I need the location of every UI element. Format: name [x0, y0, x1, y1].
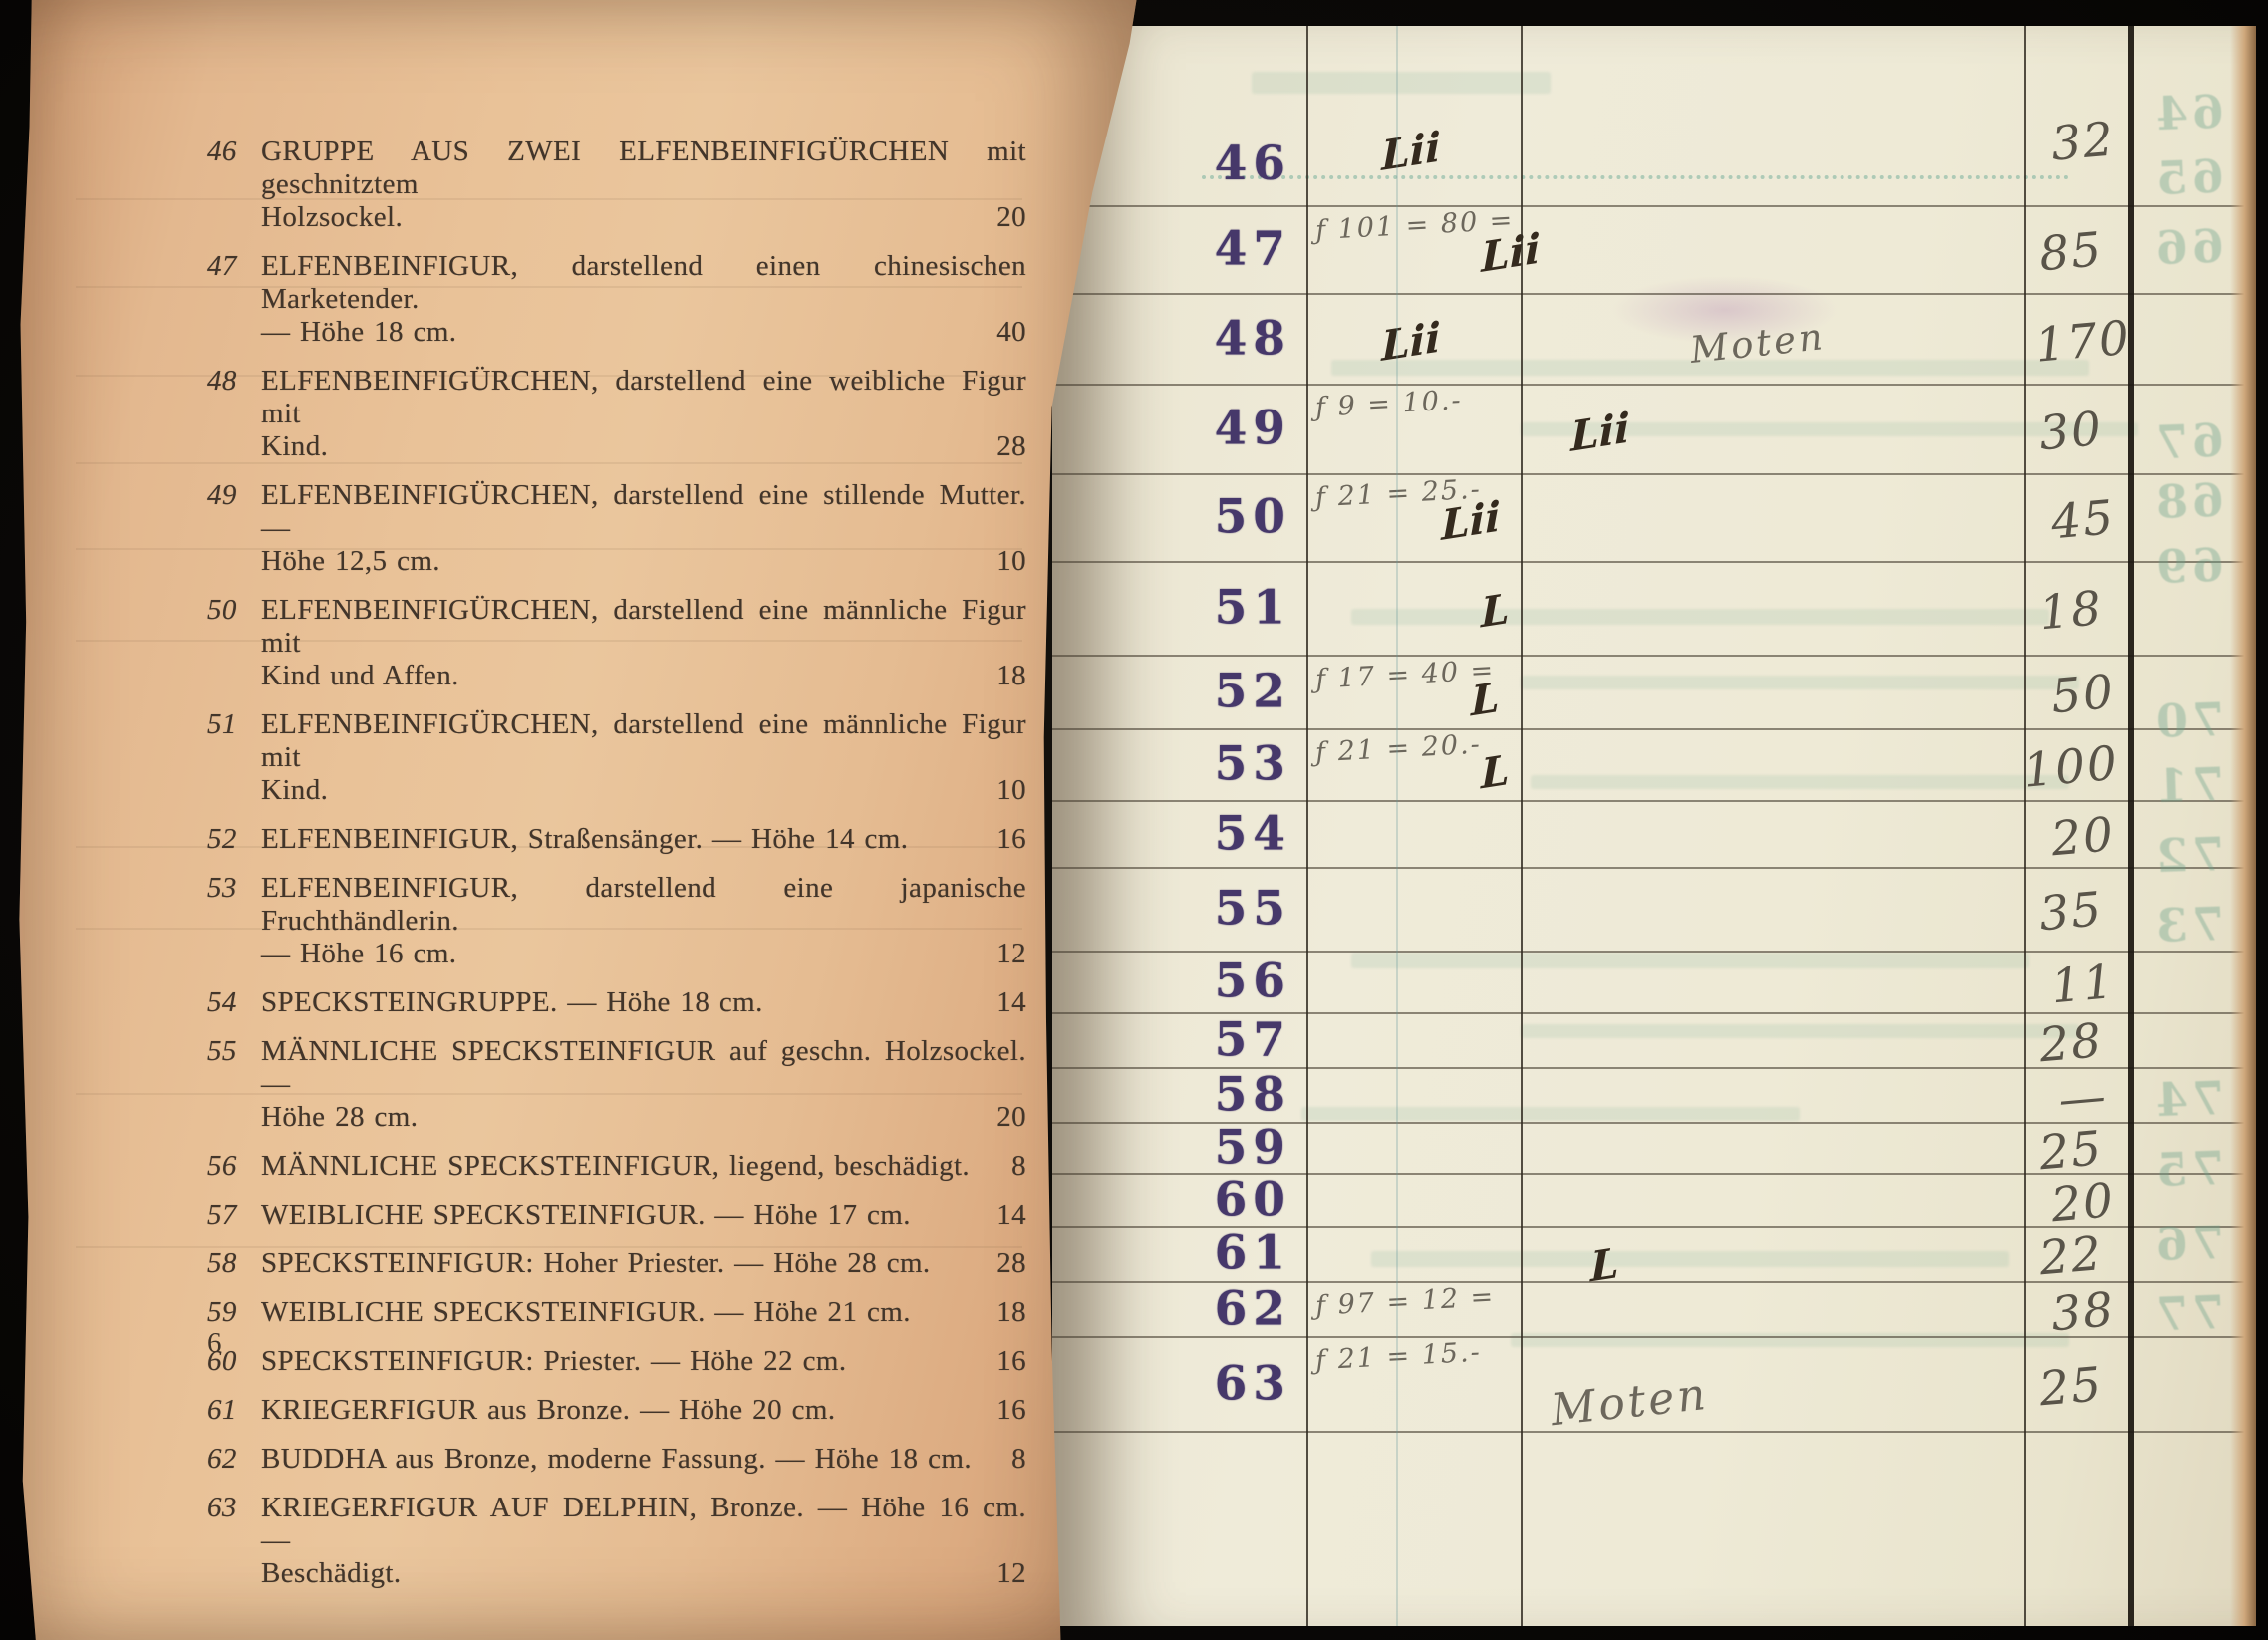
- lot-number: 50: [207, 594, 261, 660]
- handwritten-total: 20: [2028, 1171, 2137, 1234]
- stamped-lot-number: 58: [1052, 1067, 1307, 1122]
- item-description-cont: — Höhe 16 cm.: [261, 938, 456, 970]
- ghost-lot-number: 69: [2131, 537, 2245, 595]
- handwritten-total: 45: [2028, 488, 2137, 552]
- ink-initial: Lii: [1381, 123, 1440, 180]
- lot-number: 63: [207, 1492, 261, 1557]
- ink-initial: Lii: [1441, 492, 1500, 550]
- stamped-lot-number: 49: [1052, 401, 1307, 455]
- ghost-lot-number: 70: [2131, 691, 2245, 749]
- pencil-code: ƒ 9 = 10.-: [1314, 385, 1463, 423]
- estimate-price: 10: [996, 545, 1026, 578]
- pencil-note: Moten: [1688, 315, 1828, 372]
- ledger-row: 52ƒ 17 = 40 =L50: [1052, 657, 2256, 730]
- handwritten-total: —: [2028, 1066, 2137, 1130]
- ink-initial: Lii: [1381, 313, 1440, 371]
- ledger-row: 53ƒ 21 = 20.-L100: [1052, 730, 2256, 802]
- item-description: MÄNNLICHE SPECKSTEINFIGUR auf geschn. Ho…: [261, 1035, 1026, 1101]
- estimate-price: 28: [996, 430, 1026, 463]
- catalog-item: 59WEIBLICHE SPECKSTEINFIGUR. — Höhe 21 c…: [207, 1296, 1026, 1329]
- ledger-row: 48LiiMoten170: [1052, 295, 2256, 386]
- ink-initial: Lii: [1481, 224, 1540, 282]
- ledger-row: 5728: [1052, 1014, 2256, 1069]
- item-description: KRIEGERFIGUR AUF DELPHIN, Bronze. — Höhe…: [261, 1492, 1026, 1557]
- pencil-code: ƒ 21 = 20.-: [1314, 729, 1482, 769]
- ghost-lot-number: 71: [2131, 756, 2245, 814]
- ledger-rows: 46Lii3247ƒ 101 = 80 =Lii8548LiiMoten1704…: [1052, 34, 2256, 1433]
- estimate-price: 16: [996, 1394, 1026, 1427]
- handwritten-total: 20: [2028, 805, 2137, 869]
- catalog-item: 50ELFENBEINFIGÜRCHEN, darstellend eine m…: [207, 594, 1026, 692]
- lot-number: 61: [207, 1394, 261, 1427]
- handwritten-total: 28: [2016, 1011, 2126, 1075]
- item-description: MÄNNLICHE SPECKSTEINFIGUR, liegend, besc…: [261, 1150, 997, 1183]
- catalog-item: 53ELFENBEINFIGUR, darstellend eine japan…: [207, 872, 1026, 970]
- item-description: ELFENBEINFIGÜRCHEN, darstellend eine wei…: [261, 365, 1026, 430]
- stamped-lot-number: 54: [1052, 806, 1307, 861]
- handwritten-total: 30: [2016, 400, 2126, 463]
- lot-number: 59: [207, 1296, 261, 1329]
- catalog-scan: 46GRUPPE AUS ZWEI ELFENBEINFIGÜRCHEN mit…: [0, 0, 2268, 1640]
- lot-number: 56: [207, 1150, 261, 1183]
- catalog-item: 60SPECKSTEINFIGUR: Priester. — Höhe 22 c…: [207, 1345, 1026, 1378]
- ledger-row: 62ƒ 97 = 12 =38: [1052, 1283, 2256, 1338]
- estimate-price: 40: [996, 316, 1026, 349]
- stamped-lot-number: 55: [1052, 881, 1307, 936]
- item-description: WEIBLICHE SPECKSTEINFIGUR. — Höhe 17 cm.: [261, 1199, 983, 1231]
- handwritten-total: 50: [2028, 663, 2137, 726]
- ledger-row: 58—: [1052, 1069, 2256, 1124]
- ledger-row: 5535: [1052, 869, 2256, 953]
- item-description-cont: Kind und Affen.: [261, 660, 459, 692]
- catalog-item: 47ELFENBEINFIGUR, darstellend einen chin…: [207, 250, 1026, 349]
- catalog-item: 46GRUPPE AUS ZWEI ELFENBEINFIGÜRCHEN mit…: [207, 136, 1026, 234]
- lot-number: 47: [207, 250, 261, 316]
- pencil-code: ƒ 97 = 12 =: [1314, 1281, 1496, 1321]
- stamped-lot-number: 62: [1052, 1281, 1307, 1336]
- item-description-cont: Kind.: [261, 430, 328, 463]
- item-description: ELFENBEINFIGUR, Straßensänger. — Höhe 14…: [261, 823, 983, 856]
- stamped-lot-number: 52: [1052, 664, 1307, 718]
- stamped-lot-number: 59: [1052, 1120, 1307, 1175]
- estimate-price: 16: [996, 1345, 1026, 1378]
- item-description: ELFENBEINFIGÜRCHEN, darstellend eine män…: [261, 708, 1026, 774]
- stamped-lot-number: 48: [1052, 311, 1307, 366]
- lot-number: 57: [207, 1199, 261, 1231]
- lot-number: 54: [207, 986, 261, 1019]
- ink-initial: L: [1471, 673, 1499, 725]
- handwritten-total: 100: [2016, 735, 2126, 799]
- item-description: SPECKSTEINFIGUR: Hoher Priester. — Höhe …: [261, 1247, 983, 1280]
- catalog-text-block: 46GRUPPE AUS ZWEI ELFENBEINFIGÜRCHEN mit…: [207, 136, 1026, 1606]
- item-description: BUDDHA aus Bronze, moderne Fassung. — Hö…: [261, 1443, 997, 1476]
- lot-number: 48: [207, 365, 261, 430]
- item-description-cont: Holzsockel.: [261, 201, 403, 234]
- stamped-lot-number: 63: [1052, 1356, 1307, 1411]
- catalog-item: 49ELFENBEINFIGÜRCHEN, darstellend eine s…: [207, 479, 1026, 578]
- ghost-lot-number: 65: [2131, 148, 2245, 206]
- item-description-cont: — Höhe 18 cm.: [261, 316, 456, 349]
- stamped-lot-number: 61: [1052, 1226, 1307, 1280]
- ledger-row: 51L18: [1052, 563, 2256, 657]
- item-description-cont: Höhe 12,5 cm.: [261, 545, 440, 578]
- estimate-price: 20: [996, 201, 1026, 234]
- catalog-item: 54SPECKSTEINGRUPPE. — Höhe 18 cm.14: [207, 986, 1026, 1019]
- estimate-price: 10: [996, 774, 1026, 807]
- stamped-lot-number: 51: [1052, 580, 1307, 635]
- handwritten-total: 25: [2016, 1355, 2126, 1419]
- handwritten-total: 32: [2028, 110, 2137, 173]
- item-description: ELFENBEINFIGÜRCHEN, darstellend eine sti…: [261, 479, 1026, 545]
- estimate-price: 14: [996, 1199, 1026, 1231]
- ledger-row: 6020: [1052, 1175, 2256, 1228]
- ledger-rule-faint: [1396, 26, 1398, 1626]
- ink-initial: Lii: [1570, 404, 1629, 461]
- ledger-row: 50ƒ 21 = 25.-Lii45: [1052, 475, 2256, 563]
- estimate-price: 12: [996, 938, 1026, 970]
- ledger-row: 49ƒ 9 = 10.-Lii30: [1052, 386, 2256, 475]
- ledger-row: 47ƒ 101 = 80 =Lii85: [1052, 207, 2256, 295]
- ghost-lot-number: 75: [2131, 1140, 2245, 1198]
- handwritten-total: 38: [2028, 1280, 2137, 1344]
- catalog-item: 56MÄNNLICHE SPECKSTEINFIGUR, liegend, be…: [207, 1150, 1026, 1183]
- catalog-page: 46GRUPPE AUS ZWEI ELFENBEINFIGÜRCHEN mit…: [16, 0, 1142, 1640]
- ledger-row: 5420: [1052, 802, 2256, 869]
- ghost-lot-number: 76: [2131, 1215, 2245, 1272]
- estimate-price: 14: [996, 986, 1026, 1019]
- catalog-item: 48ELFENBEINFIGÜRCHEN, darstellend eine w…: [207, 365, 1026, 463]
- ledger-rule-1: [1306, 26, 1308, 1626]
- estimate-price: 28: [996, 1247, 1026, 1280]
- item-description-cont: Kind.: [261, 774, 328, 807]
- item-description-cont: Beschädigt.: [261, 1557, 402, 1590]
- handwritten-total: 170: [2028, 310, 2137, 374]
- ghost-lot-number: 72: [2131, 826, 2245, 884]
- ledger-row: 61L22: [1052, 1228, 2256, 1283]
- stamped-lot-number: 53: [1052, 736, 1307, 791]
- page-number: 6: [207, 1327, 222, 1360]
- pencil-code: ƒ 21 = 15.-: [1314, 1337, 1482, 1377]
- item-description: GRUPPE AUS ZWEI ELFENBEINFIGÜRCHEN mit g…: [261, 136, 1026, 201]
- ink-initial: L: [1481, 584, 1509, 637]
- stamped-lot-number: 56: [1052, 954, 1307, 1008]
- item-description: KRIEGERFIGUR aus Bronze. — Höhe 20 cm.: [261, 1394, 983, 1427]
- handwritten-total: 85: [2016, 220, 2126, 284]
- ledger-page: 46Lii3247ƒ 101 = 80 =Lii8548LiiMoten1704…: [1052, 26, 2256, 1626]
- catalog-item: 63KRIEGERFIGUR AUF DELPHIN, Bronze. — Hö…: [207, 1492, 1026, 1590]
- lot-number: 51: [207, 708, 261, 774]
- ghost-lot-number: 66: [2131, 218, 2245, 276]
- lot-number: 55: [207, 1035, 261, 1101]
- stamped-lot-number: 47: [1052, 221, 1307, 276]
- handwritten-total: 11: [2028, 953, 2137, 1016]
- catalog-item: 62BUDDHA aus Bronze, moderne Fassung. — …: [207, 1443, 1026, 1476]
- handwritten-total: 22: [2016, 1225, 2126, 1288]
- ghost-lot-number: 67: [2131, 412, 2245, 470]
- estimate-price: 8: [1011, 1150, 1026, 1183]
- estimate-price: 20: [996, 1101, 1026, 1134]
- stamped-lot-number: 50: [1052, 489, 1307, 544]
- stamped-lot-number: 60: [1052, 1172, 1307, 1227]
- item-description: WEIBLICHE SPECKSTEINFIGUR. — Höhe 21 cm.: [261, 1296, 983, 1329]
- ink-initial: L: [1481, 746, 1509, 799]
- ledger-row: 63ƒ 21 = 15.-Moten25: [1052, 1338, 2256, 1433]
- stamped-lot-number: 57: [1052, 1012, 1307, 1067]
- catalog-item: 51ELFENBEINFIGÜRCHEN, darstellend eine m…: [207, 708, 1026, 807]
- estimate-price: 8: [1011, 1443, 1026, 1476]
- ledger-rule-3: [2024, 26, 2026, 1626]
- item-description: SPECKSTEINGRUPPE. — Höhe 18 cm.: [261, 986, 983, 1019]
- estimate-price: 16: [996, 823, 1026, 856]
- item-description: ELFENBEINFIGUR, darstellend einen chines…: [261, 250, 1026, 316]
- ledger-row: 46Lii32: [1052, 34, 2256, 207]
- item-description: SPECKSTEINFIGUR: Priester. — Höhe 22 cm.: [261, 1345, 983, 1378]
- handwritten-total: 18: [2016, 579, 2126, 643]
- ledger-row: 5925: [1052, 1124, 2256, 1175]
- lot-number: 62: [207, 1443, 261, 1476]
- estimate-price: 18: [996, 1296, 1026, 1329]
- catalog-item: 52ELFENBEINFIGUR, Straßensänger. — Höhe …: [207, 823, 1026, 856]
- pencil-note: Moten: [1549, 1369, 1711, 1436]
- ledger-rule-2: [1521, 26, 1523, 1626]
- lot-number: 52: [207, 823, 261, 856]
- catalog-item: 55MÄNNLICHE SPECKSTEINFIGUR auf geschn. …: [207, 1035, 1026, 1134]
- ghost-lot-number: 73: [2131, 896, 2245, 954]
- pencil-code: ƒ 17 = 40 =: [1314, 655, 1496, 694]
- item-description-cont: Höhe 28 cm.: [261, 1101, 418, 1134]
- ghost-lot-number: 68: [2131, 472, 2245, 530]
- lot-number: 58: [207, 1247, 261, 1280]
- estimate-price: 18: [996, 660, 1026, 692]
- ledger-row: 5611: [1052, 953, 2256, 1014]
- lot-number: 49: [207, 479, 261, 545]
- item-description: ELFENBEINFIGÜRCHEN, darstellend eine män…: [261, 594, 1026, 660]
- handwritten-total: 35: [2016, 880, 2126, 944]
- lot-number: 53: [207, 872, 261, 938]
- item-description: ELFENBEINFIGUR, darstellend eine japanis…: [261, 872, 1026, 938]
- catalog-item: 61KRIEGERFIGUR aus Bronze. — Höhe 20 cm.…: [207, 1394, 1026, 1427]
- ghost-lot-number: 64: [2131, 84, 2245, 141]
- catalog-item: 58SPECKSTEINFIGUR: Hoher Priester. — Höh…: [207, 1247, 1026, 1280]
- page-edge: [2230, 26, 2256, 1626]
- estimate-price: 12: [996, 1557, 1026, 1590]
- ghost-lot-number: 77: [2131, 1284, 2245, 1342]
- ghost-lot-number: 74: [2131, 1070, 2245, 1128]
- catalog-item: 57WEIBLICHE SPECKSTEINFIGUR. — Höhe 17 c…: [207, 1199, 1026, 1231]
- lot-number: 46: [207, 136, 261, 201]
